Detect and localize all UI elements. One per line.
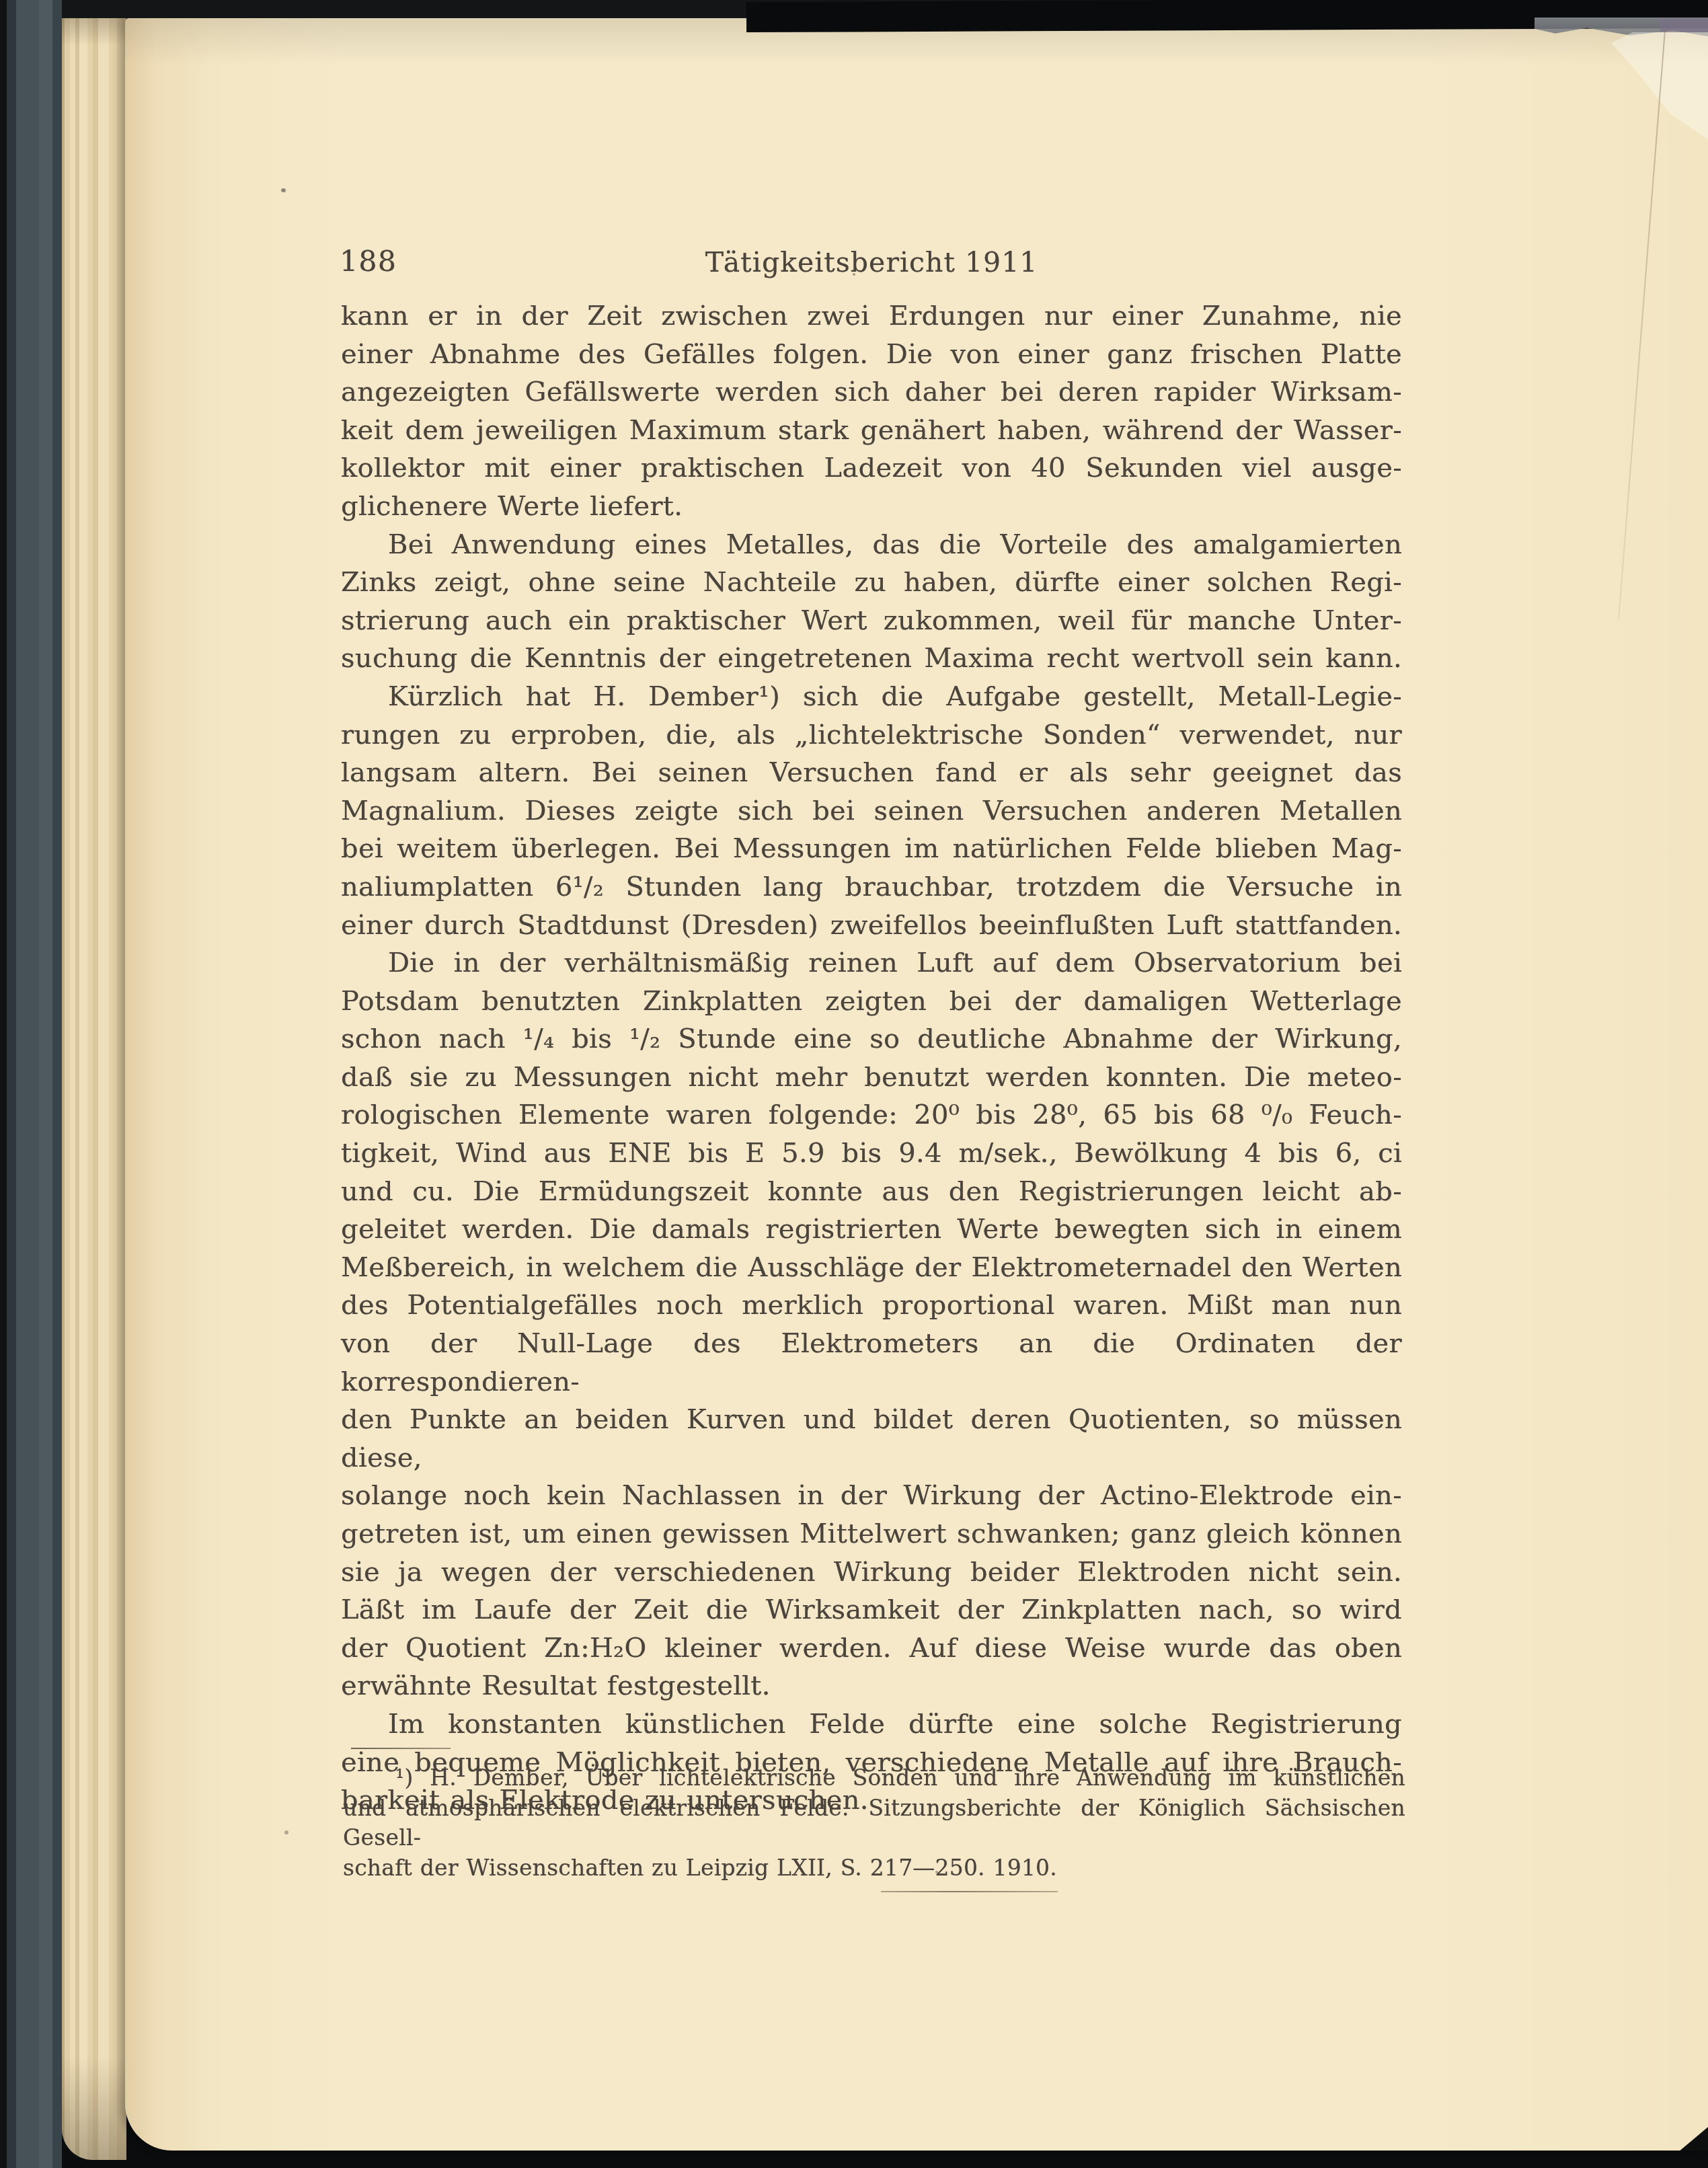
paper-speck	[853, 273, 855, 276]
footnote-separator-rule	[351, 1748, 451, 1749]
body-text-line: Die in der verhältnismäßig reinen Luft a…	[341, 944, 1402, 982]
body-text-line: daß sie zu Messungen nicht mehr benutzt …	[341, 1058, 1402, 1097]
paper-speck	[935, 1871, 938, 1873]
body-text-line: Bei Anwendung eines Metalles, das die Vo…	[341, 526, 1402, 564]
body-text-line: und cu. Die Ermüdungszeit konnte aus den…	[341, 1173, 1402, 1211]
body-text-line: kollektor mit einer praktischen Ladezeit…	[341, 449, 1402, 488]
book-scan: 188 Tätigkeitsbericht 1911 kann er in de…	[0, 0, 1708, 2168]
body-text-line: Kürzlich hat H. Dember¹) sich die Aufgab…	[341, 678, 1402, 716]
body-text-line: rologischen Elemente waren folgende: 20⁰…	[341, 1096, 1402, 1134]
section-end-rule	[881, 1891, 1058, 1892]
body-text-line: kann er in der Zeit zwischen zwei Erdung…	[341, 297, 1402, 336]
body-text-line: schon nach ¹/₄ bis ¹/₂ Stunde eine so de…	[341, 1020, 1402, 1058]
footnote-text-line: und atmosphärischen elektrischen Felde. …	[343, 1793, 1405, 1853]
body-text-line: solange noch kein Nachlassen in der Wirk…	[341, 1477, 1402, 1515]
footnote-text-line: schaft der Wissenschaften zu Leipzig LXI…	[343, 1853, 1405, 1884]
body-text-line: naliumplatten 6¹/₂ Stunden lang brauchba…	[341, 868, 1402, 906]
page-stack-edges	[62, 5, 126, 2160]
body-text-line: getreten ist, um einen gewissen Mittelwe…	[341, 1515, 1402, 1553]
paper-speck	[284, 1830, 288, 1834]
body-text-line: Potsdam benutzten Zinkplatten zeigten be…	[341, 982, 1402, 1021]
footnote-text-line: ¹) H. Dember, Über lichtelektrische Sond…	[343, 1763, 1405, 1793]
body-text-line: keit dem jeweiligen Maximum stark genähe…	[341, 412, 1402, 450]
body-text-line: angezeigten Gefällswerte werden sich dah…	[341, 373, 1402, 412]
body-text-line: Zinks zeigt, ohne seine Nachteile zu hab…	[341, 564, 1402, 602]
body-text-line: des Potentialgefälles noch merklich prop…	[341, 1286, 1402, 1325]
body-text-line: der Quotient Zn:H₂O kleiner werden. Auf …	[341, 1629, 1402, 1668]
torn-edge-tinge	[1660, 19, 1708, 32]
body-text-line: von der Null-Lage des Elektrometers an d…	[341, 1325, 1402, 1401]
running-title: Tätigkeitsbericht 1911	[341, 246, 1402, 278]
body-text-line: langsam altern. Bei seinen Versuchen fan…	[341, 754, 1402, 792]
paper-speck	[281, 188, 286, 192]
body-text-line: Im konstanten künstlichen Felde dürfte e…	[341, 1705, 1402, 1744]
body-text-line: sie ja wegen der verschiedenen Wirkung b…	[341, 1553, 1402, 1592]
book-cover-spine	[0, 0, 62, 2168]
body-text-line: bei weitem überlegen. Bei Messungen im n…	[341, 830, 1402, 868]
body-text-line: strierung auch ein praktischer Wert zuko…	[341, 602, 1402, 640]
body-text-line: den Punkte an beiden Kurven und bildet d…	[341, 1401, 1402, 1477]
body-text-line: einer Abnahme des Gefälles folgen. Die v…	[341, 336, 1402, 374]
footnote-text: ¹) H. Dember, Über lichtelektrische Sond…	[343, 1763, 1405, 1883]
body-text-line: geleitet werden. Die damals registrierte…	[341, 1210, 1402, 1249]
body-text-line: einer durch Stadtdunst (Dresden) zweifel…	[341, 906, 1402, 945]
body-text: kann er in der Zeit zwischen zwei Erdung…	[341, 297, 1402, 1820]
body-text-line: Magnalium. Dieses zeigte sich bei seinen…	[341, 792, 1402, 830]
body-text-line: Läßt im Laufe der Zeit die Wirksamkeit d…	[341, 1591, 1402, 1629]
body-text-line: Meßbereich, in welchem die Ausschläge de…	[341, 1249, 1402, 1287]
body-text-line: suchung die Kenntnis der eingetretenen M…	[341, 640, 1402, 678]
body-text-line: erwähnte Resultat festgestellt.	[341, 1667, 1402, 1705]
body-text-line: tigkeit, Wind aus ENE bis E 5.9 bis 9.4 …	[341, 1134, 1402, 1173]
body-text-line: glichenere Werte liefert.	[341, 488, 1402, 526]
body-text-line: rungen zu erproben, die, als „lichtelekt…	[341, 716, 1402, 754]
